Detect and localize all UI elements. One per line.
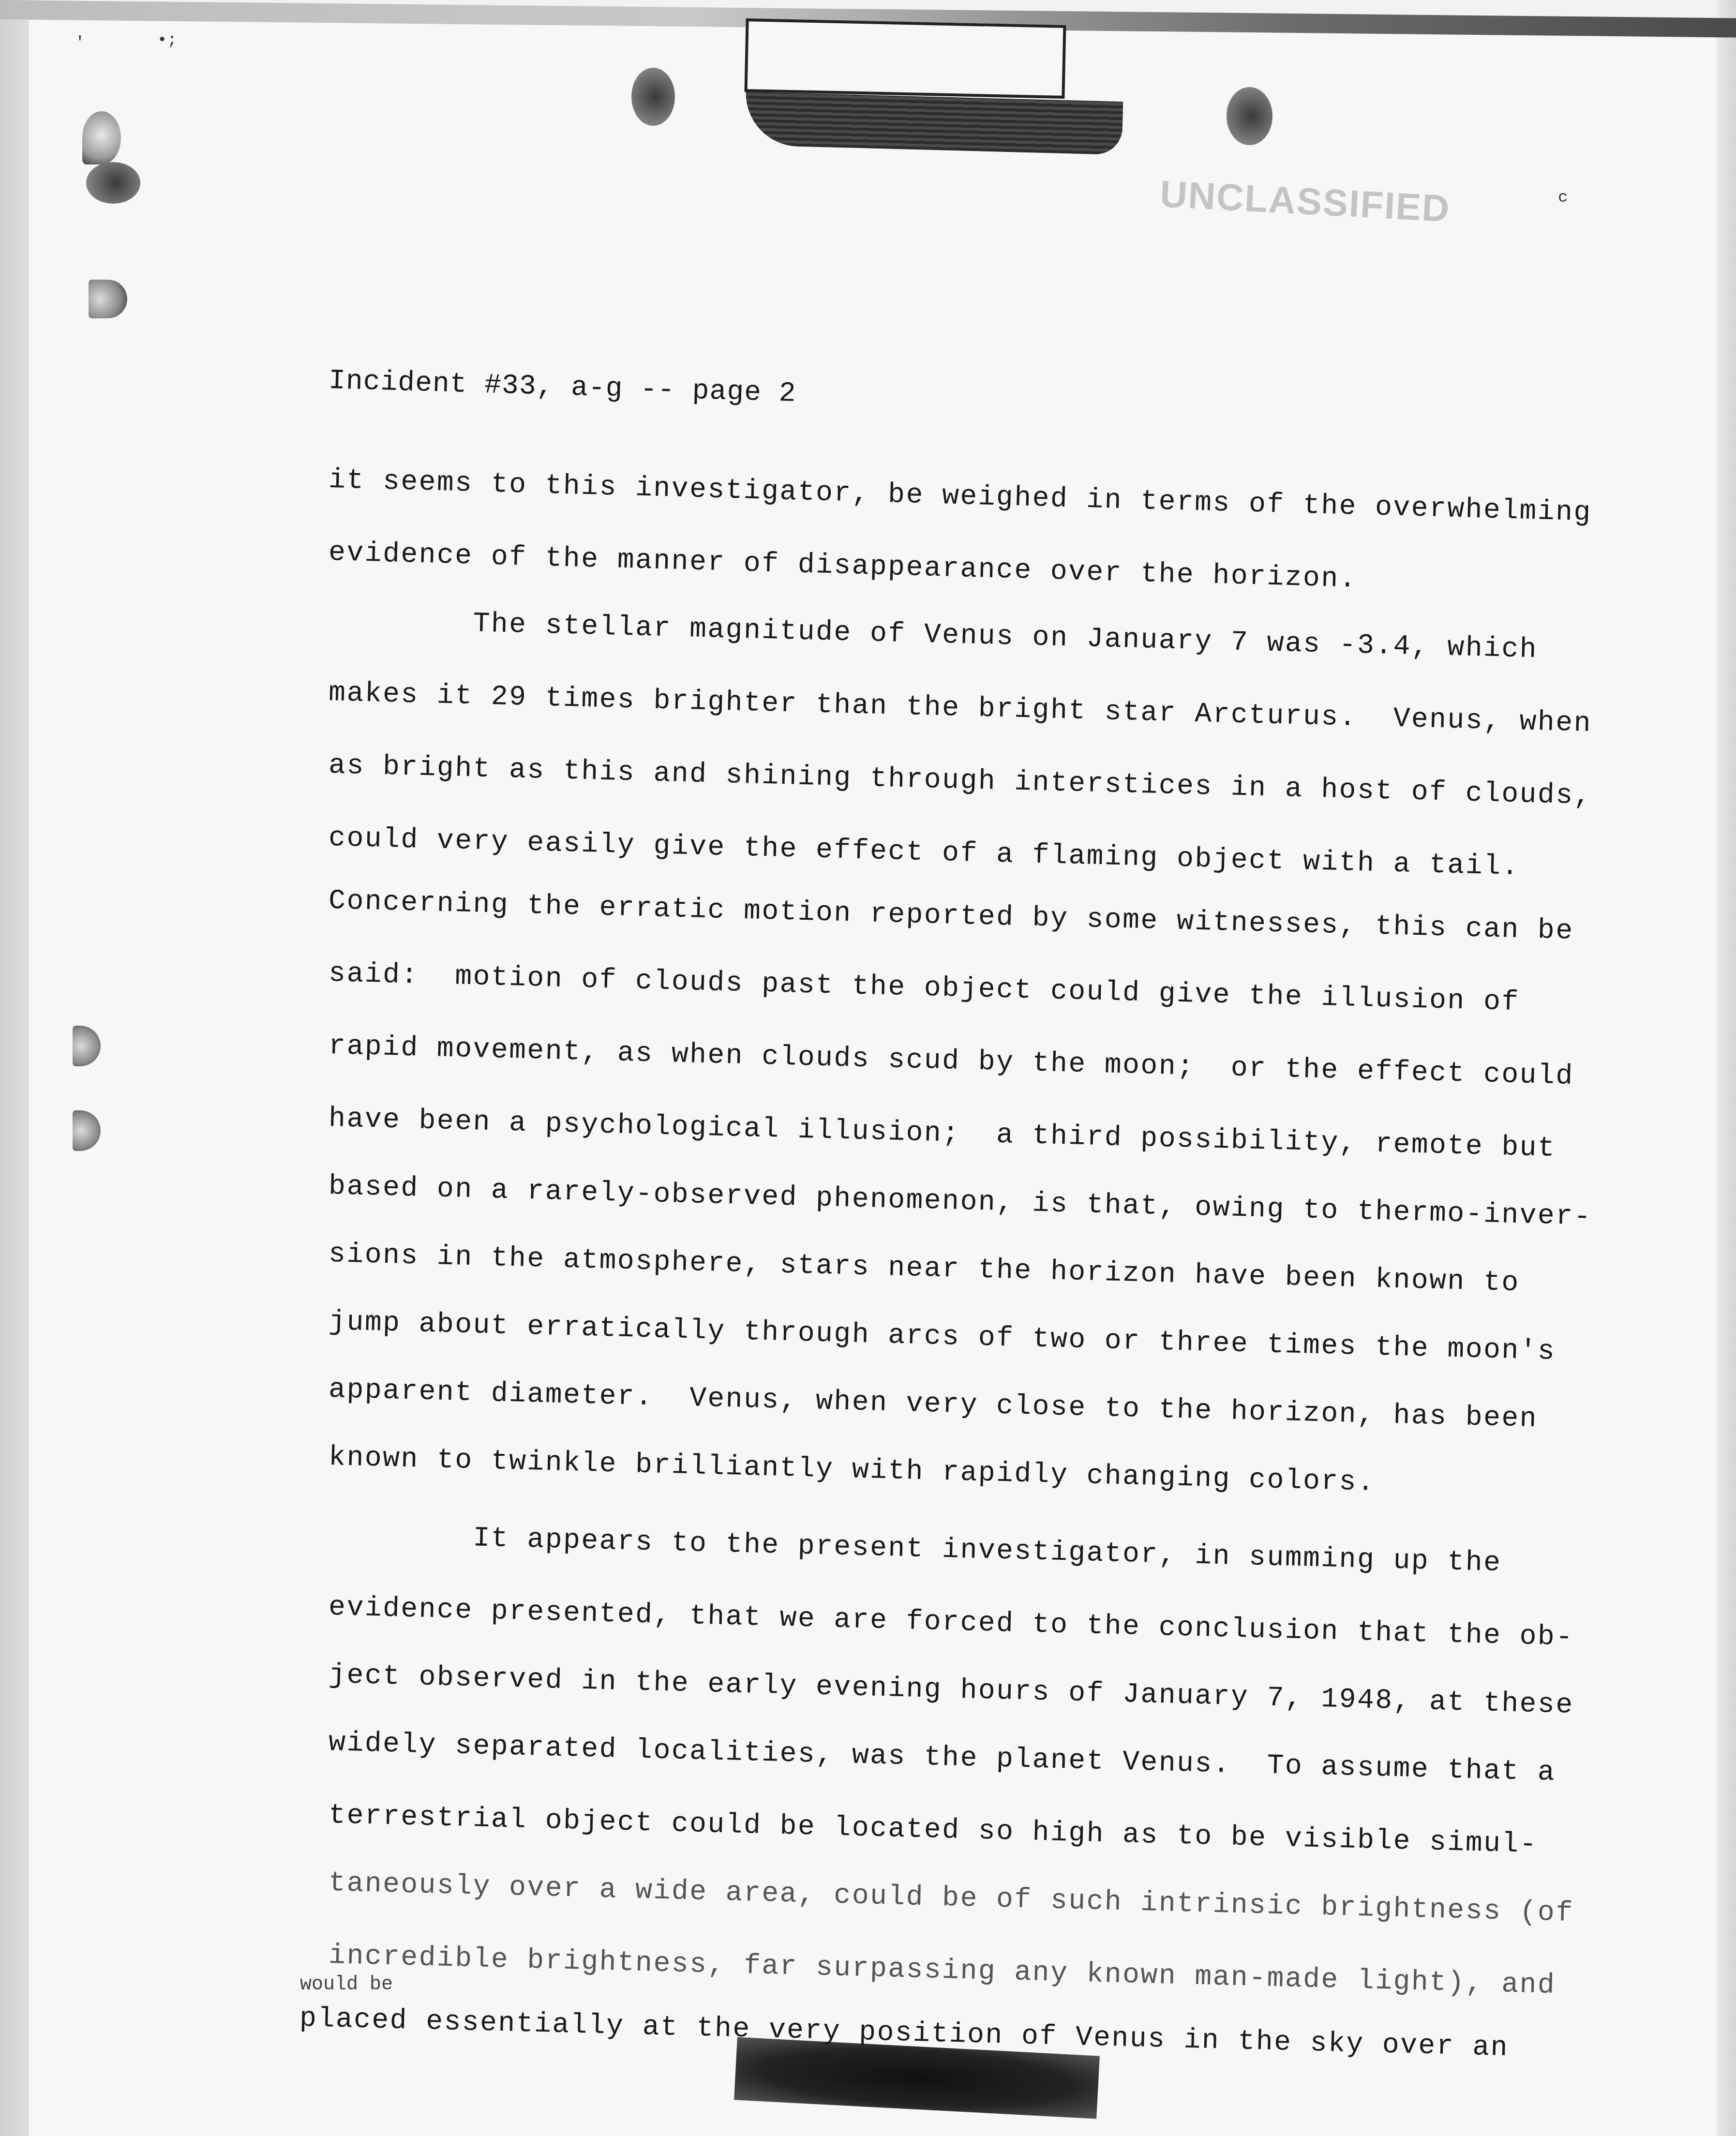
text-line: ject observed in the early evening hours… (328, 1659, 1574, 1721)
text-line: sions in the atmosphere, stars near the … (328, 1239, 1520, 1299)
text-line: widely separated localities, was the pla… (328, 1727, 1556, 1789)
interlinear-insert: would be (300, 1974, 393, 1996)
punch-hole-icon (89, 280, 127, 318)
punch-hole-icon (86, 162, 140, 204)
text-line: evidence presented, that we are forced t… (328, 1592, 1574, 1654)
margin-mark: •; (157, 31, 177, 50)
redaction-bar (745, 92, 1123, 155)
margin-mark: c (1558, 189, 1568, 207)
text-line: rapid movement, as when clouds scud by t… (328, 1031, 1574, 1092)
punch-hole-icon (1227, 87, 1272, 145)
text-line: apparent diameter. Venus, when very clos… (328, 1374, 1538, 1435)
scan-right-edge (1717, 0, 1736, 2136)
text-line: it seems to this investigator, be weighe… (328, 464, 1592, 529)
text-line: terrestrial object could be located so h… (328, 1800, 1538, 1861)
text-line: as bright as this and shining through in… (328, 750, 1592, 812)
text-line: Concerning the erratic motion reported b… (328, 885, 1574, 947)
text-line: could very easily give the effect of a f… (328, 822, 1520, 883)
text-line: known to twinkle brilliantly with rapidl… (328, 1442, 1376, 1499)
text-line: based on a rarely-observed phenomenon, i… (328, 1171, 1592, 1233)
document-body: it seems to this investigator, be weighe… (329, 464, 1587, 2061)
text-line: have been a psychological illusion; a th… (328, 1103, 1556, 1165)
text-line: evidence of the manner of disappearance … (328, 537, 1357, 596)
text-line: It appears to the present investigator, … (328, 1519, 1502, 1579)
text-line: taneously over a wide area, could be of … (328, 1867, 1574, 1929)
text-line: The stellar magnitude of Venus on Januar… (328, 605, 1538, 666)
redaction-box (744, 18, 1066, 99)
margin-mark: ' (75, 34, 85, 52)
text-line: incredible brightness, far surpassing an… (328, 1940, 1556, 2002)
punch-hole-icon (631, 68, 675, 126)
text-line: jump about erratically through arcs of t… (328, 1306, 1556, 1368)
text-line: said: motion of clouds past the object c… (328, 958, 1520, 1018)
text-line: makes it 29 times brighter than the brig… (328, 677, 1592, 740)
text-line: placed essentially at the very position … (299, 2003, 1509, 2064)
punch-hole-icon (82, 111, 121, 164)
